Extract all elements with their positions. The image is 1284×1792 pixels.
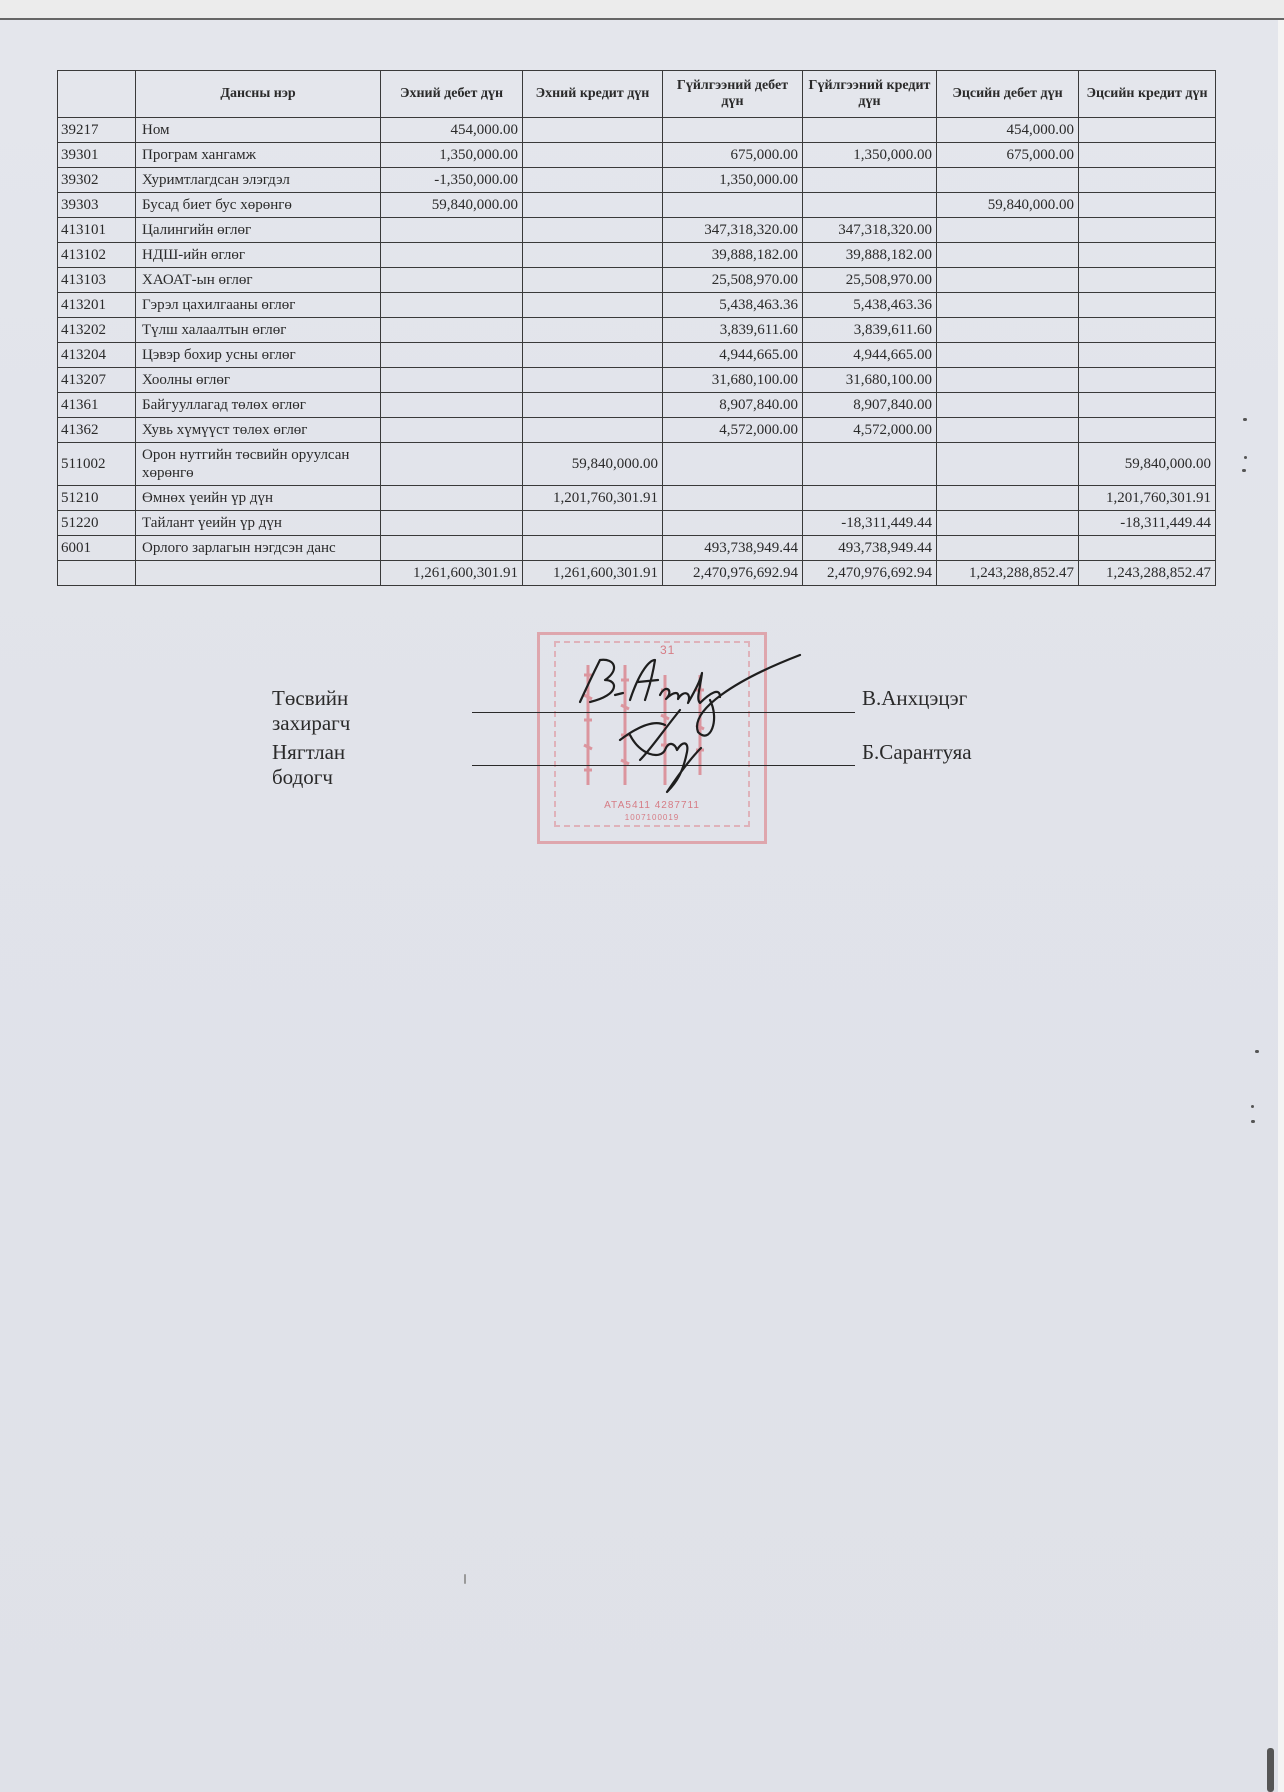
cell-opening-debit [381, 343, 523, 368]
cell-opening-credit [523, 368, 663, 393]
cell-turnover-credit [803, 486, 937, 511]
header-turnover-debit: Гүйлгээний дебет дүн [663, 71, 803, 118]
cell-code: 39217 [58, 118, 136, 143]
cell-opening-debit [381, 418, 523, 443]
cell-name: Гэрэл цахилгааны өглөг [136, 293, 381, 318]
cell-closing-debit [937, 443, 1079, 486]
cell-turnover-credit: 39,888,182.00 [803, 243, 937, 268]
cell-name: Програм хангамж [136, 143, 381, 168]
cell-code: 413102 [58, 243, 136, 268]
table-header-row: Дансны нэр Эхний дебет дүн Эхний кредит … [58, 71, 1216, 118]
cell-opening-debit [381, 243, 523, 268]
cell-opening-debit [381, 486, 523, 511]
cell-name: Хуримтлагдсан элэгдэл [136, 168, 381, 193]
vertical-scrollbar-thumb[interactable] [1267, 1748, 1274, 1792]
cell-closing-debit [937, 536, 1079, 561]
table-row: 413202Түлш халаалтын өглөг3,839,611.603,… [58, 318, 1216, 343]
cell-opening-debit [381, 268, 523, 293]
cell-turnover-debit [663, 511, 803, 536]
signature-role: Нягтлан бодогч [272, 740, 345, 790]
cell-opening-debit [381, 293, 523, 318]
stamp-sub-line: 1007100019 [540, 813, 764, 822]
signature-person: Б.Сарантуяа [862, 740, 972, 765]
cell-turnover-credit: 347,318,320.00 [803, 218, 937, 243]
cell-turnover-debit: 25,508,970.00 [663, 268, 803, 293]
cell-turnover-credit [803, 193, 937, 218]
cell-opening-debit: 454,000.00 [381, 118, 523, 143]
cell-closing-credit [1079, 536, 1216, 561]
cell-opening-credit [523, 318, 663, 343]
cell-opening-credit [523, 536, 663, 561]
cell-closing-credit [1079, 118, 1216, 143]
cell-closing-credit [1079, 368, 1216, 393]
cell-turnover-debit: 1,350,000.00 [663, 168, 803, 193]
stamp-code-line: АТА5411 4287711 [540, 800, 764, 811]
cell-turnover-credit: 4,572,000.00 [803, 418, 937, 443]
cell-closing-credit: 1,201,760,301.91 [1079, 486, 1216, 511]
cell-closing-credit: -18,311,449.44 [1079, 511, 1216, 536]
cell-opening-credit [523, 343, 663, 368]
cell-code: 413207 [58, 368, 136, 393]
cell-code: 413101 [58, 218, 136, 243]
cell-closing-credit [1079, 293, 1216, 318]
cell-closing-credit [1079, 168, 1216, 193]
cell-closing-debit [937, 368, 1079, 393]
table-row: 39217Ном454,000.00454,000.00 [58, 118, 1216, 143]
cell-closing-credit [1079, 343, 1216, 368]
cell-closing-debit [937, 343, 1079, 368]
cell-name: Орон нутгийн төсвийн оруулсан хөрөнгө [136, 443, 381, 486]
table-row: 39301Програм хангамж1,350,000.00675,000.… [58, 143, 1216, 168]
cell-closing-credit: 1,243,288,852.47 [1079, 561, 1216, 586]
cell-closing-debit [937, 293, 1079, 318]
cell-opening-debit [381, 318, 523, 343]
cell-closing-debit [937, 218, 1079, 243]
cell-closing-debit: 675,000.00 [937, 143, 1079, 168]
scan-speck [1251, 1105, 1254, 1108]
cell-turnover-debit: 39,888,182.00 [663, 243, 803, 268]
cell-turnover-debit: 4,944,665.00 [663, 343, 803, 368]
cell-turnover-credit: 5,438,463.36 [803, 293, 937, 318]
cell-closing-debit: 1,243,288,852.47 [937, 561, 1079, 586]
cell-closing-debit [937, 168, 1079, 193]
cell-opening-credit [523, 118, 663, 143]
cell-name: Бусад биет бус хөрөнгө [136, 193, 381, 218]
cell-turnover-credit [803, 443, 937, 486]
table-row: 511002Орон нутгийн төсвийн оруулсан хөрө… [58, 443, 1216, 486]
cell-code: 413103 [58, 268, 136, 293]
cell-closing-debit [937, 393, 1079, 418]
cell-closing-credit: 59,840,000.00 [1079, 443, 1216, 486]
header-opening-credit: Эхний кредит дүн [523, 71, 663, 118]
cell-name: Цалингийн өглөг [136, 218, 381, 243]
header-opening-debit: Эхний дебет дүн [381, 71, 523, 118]
cell-name: Өмнөх үеийн үр дүн [136, 486, 381, 511]
cell-turnover-debit [663, 193, 803, 218]
scan-speck [1251, 1120, 1255, 1123]
cell-opening-debit [381, 443, 523, 486]
cell-opening-credit [523, 511, 663, 536]
cell-closing-debit [937, 418, 1079, 443]
table-row: 51210Өмнөх үеийн үр дүн1,201,760,301.911… [58, 486, 1216, 511]
cell-closing-credit [1079, 143, 1216, 168]
cell-name: Хоолны өглөг [136, 368, 381, 393]
cell-turnover-credit: 8,907,840.00 [803, 393, 937, 418]
official-stamp: 31 АТА5411 4287711 1007100019 [537, 632, 767, 844]
cell-opening-credit: 59,840,000.00 [523, 443, 663, 486]
signature-line [472, 712, 855, 713]
cell-code: 413204 [58, 343, 136, 368]
cell-closing-credit [1079, 243, 1216, 268]
header-code [58, 71, 136, 118]
cell-closing-debit [937, 268, 1079, 293]
cell-name: Түлш халаалтын өглөг [136, 318, 381, 343]
header-closing-debit: Эцсийн дебет дүн [937, 71, 1079, 118]
cell-opening-debit: 59,840,000.00 [381, 193, 523, 218]
cell-closing-debit: 454,000.00 [937, 118, 1079, 143]
cell-opening-credit [523, 268, 663, 293]
table-row: 41361Байгууллагад төлөх өглөг8,907,840.0… [58, 393, 1216, 418]
table-row: 41362Хувь хүмүүст төлөх өглөг4,572,000.0… [58, 418, 1216, 443]
cell-opening-debit [381, 536, 523, 561]
scan-speck [1244, 456, 1247, 459]
cell-turnover-credit: 31,680,100.00 [803, 368, 937, 393]
cell-closing-credit [1079, 268, 1216, 293]
cell-closing-debit [937, 318, 1079, 343]
cell-code: 39301 [58, 143, 136, 168]
header-turnover-credit: Гүйлгээний кредит дүн [803, 71, 937, 118]
cell-opening-debit: 1,261,600,301.91 [381, 561, 523, 586]
cell-turnover-credit: -18,311,449.44 [803, 511, 937, 536]
table-row: 51220Тайлант үеийн үр дүн-18,311,449.44-… [58, 511, 1216, 536]
cell-opening-credit [523, 143, 663, 168]
cell-opening-credit [523, 243, 663, 268]
cell-opening-credit [523, 193, 663, 218]
table-row: 413207Хоолны өглөг31,680,100.0031,680,10… [58, 368, 1216, 393]
cell-name: Цэвэр бохир усны өглөг [136, 343, 381, 368]
totals-row: 1,261,600,301.911,261,600,301.912,470,97… [58, 561, 1216, 586]
cell-turnover-debit: 493,738,949.44 [663, 536, 803, 561]
cell-opening-debit [381, 218, 523, 243]
cell-turnover-credit [803, 168, 937, 193]
cell-turnover-credit [803, 118, 937, 143]
header-closing-credit: Эцсийн кредит дүн [1079, 71, 1216, 118]
cell-code: 39302 [58, 168, 136, 193]
cell-turnover-credit: 25,508,970.00 [803, 268, 937, 293]
cell-closing-debit: 59,840,000.00 [937, 193, 1079, 218]
cell-closing-credit [1079, 393, 1216, 418]
cell-opening-debit: -1,350,000.00 [381, 168, 523, 193]
cell-opening-credit [523, 168, 663, 193]
scan-speck [1243, 418, 1247, 421]
cell-closing-credit [1079, 418, 1216, 443]
scan-speck [464, 1574, 466, 1584]
cell-turnover-credit: 3,839,611.60 [803, 318, 937, 343]
cell-name: ХАОАТ-ын өглөг [136, 268, 381, 293]
cell-closing-debit [937, 486, 1079, 511]
cell-opening-debit: 1,350,000.00 [381, 143, 523, 168]
cell-turnover-credit: 2,470,976,692.94 [803, 561, 937, 586]
cell-turnover-debit [663, 486, 803, 511]
scan-speck [1255, 1050, 1259, 1053]
cell-turnover-credit: 493,738,949.44 [803, 536, 937, 561]
cell-opening-debit [381, 393, 523, 418]
cell-turnover-debit: 3,839,611.60 [663, 318, 803, 343]
cell-code: 51210 [58, 486, 136, 511]
cell-turnover-debit: 4,572,000.00 [663, 418, 803, 443]
cell-turnover-debit: 5,438,463.36 [663, 293, 803, 318]
cell-turnover-credit: 1,350,000.00 [803, 143, 937, 168]
cell-name: Тайлант үеийн үр дүн [136, 511, 381, 536]
cell-code: 413201 [58, 293, 136, 318]
cell-code: 6001 [58, 536, 136, 561]
table-row: 413201Гэрэл цахилгааны өглөг5,438,463.36… [58, 293, 1216, 318]
cell-code [58, 561, 136, 586]
cell-opening-credit [523, 218, 663, 243]
cell-code: 413202 [58, 318, 136, 343]
cell-opening-debit [381, 511, 523, 536]
stamp-number: 31 [660, 643, 675, 657]
cell-name: Ном [136, 118, 381, 143]
cell-opening-credit [523, 293, 663, 318]
signature-line [472, 765, 855, 766]
cell-name: Байгууллагад төлөх өглөг [136, 393, 381, 418]
cell-turnover-debit: 8,907,840.00 [663, 393, 803, 418]
table-row: 39302Хуримтлагдсан элэгдэл-1,350,000.001… [58, 168, 1216, 193]
cell-opening-credit [523, 393, 663, 418]
table-row: 413103ХАОАТ-ын өглөг25,508,970.0025,508,… [58, 268, 1216, 293]
table-row: 413204Цэвэр бохир усны өглөг4,944,665.00… [58, 343, 1216, 368]
cell-closing-debit [937, 511, 1079, 536]
cell-turnover-debit: 31,680,100.00 [663, 368, 803, 393]
cell-turnover-debit: 2,470,976,692.94 [663, 561, 803, 586]
cell-opening-credit: 1,261,600,301.91 [523, 561, 663, 586]
cell-code: 41361 [58, 393, 136, 418]
cell-name: Орлого зарлагын нэгдсэн данс [136, 536, 381, 561]
cell-opening-debit [381, 368, 523, 393]
cell-turnover-credit: 4,944,665.00 [803, 343, 937, 368]
trial-balance-table: Дансны нэр Эхний дебет дүн Эхний кредит … [57, 70, 1216, 586]
signature-role: Төсвийн захирагч [272, 686, 350, 736]
cell-turnover-debit: 675,000.00 [663, 143, 803, 168]
header-account-name: Дансны нэр [136, 71, 381, 118]
cell-closing-debit [937, 243, 1079, 268]
signature-person: В.Анхцэцэг [862, 686, 967, 711]
table-row: 413102НДШ-ийн өглөг39,888,182.0039,888,1… [58, 243, 1216, 268]
table-row: 413101Цалингийн өглөг347,318,320.00347,3… [58, 218, 1216, 243]
table-row: 39303Бусад биет бус хөрөнгө59,840,000.00… [58, 193, 1216, 218]
cell-code: 41362 [58, 418, 136, 443]
cell-turnover-debit: 347,318,320.00 [663, 218, 803, 243]
scan-speck [1242, 469, 1246, 472]
cell-closing-credit [1079, 193, 1216, 218]
cell-turnover-debit [663, 443, 803, 486]
cell-code: 51220 [58, 511, 136, 536]
cell-closing-credit [1079, 318, 1216, 343]
cell-name: НДШ-ийн өглөг [136, 243, 381, 268]
cell-turnover-debit [663, 118, 803, 143]
cell-name [136, 561, 381, 586]
cell-closing-credit [1079, 218, 1216, 243]
table-row: 6001Орлого зарлагын нэгдсэн данс493,738,… [58, 536, 1216, 561]
cell-opening-credit: 1,201,760,301.91 [523, 486, 663, 511]
cell-opening-credit [523, 418, 663, 443]
cell-code: 39303 [58, 193, 136, 218]
cell-code: 511002 [58, 443, 136, 486]
viewer-top-bar [0, 0, 1284, 20]
cell-name: Хувь хүмүүст төлөх өглөг [136, 418, 381, 443]
